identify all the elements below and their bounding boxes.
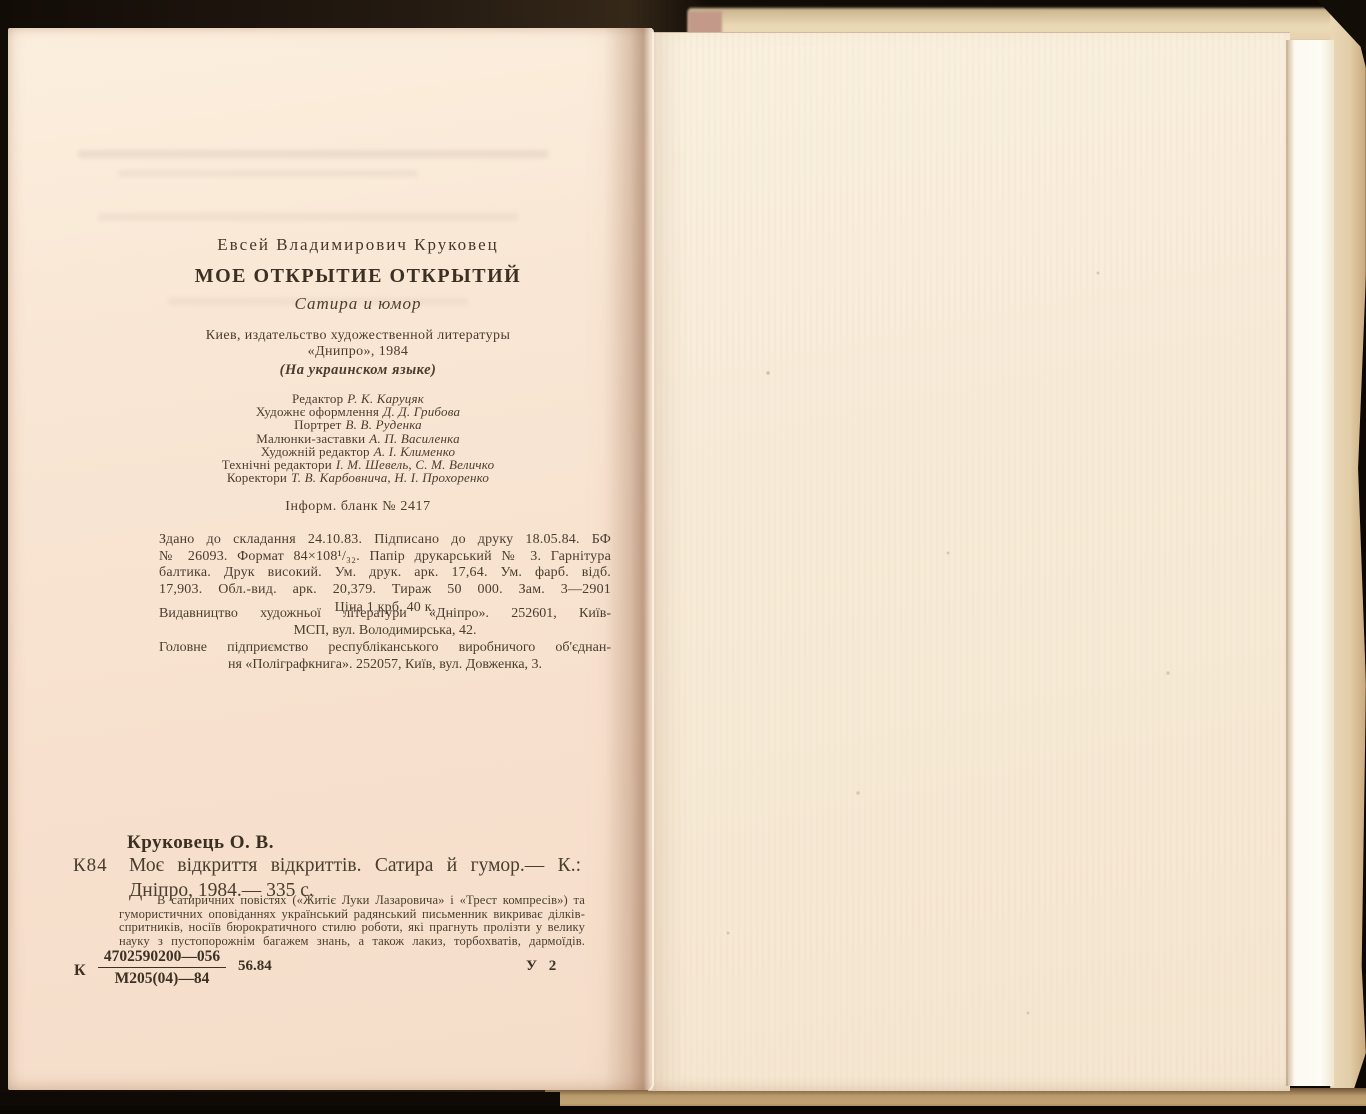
imprint-line: 17,903. Обл.-вид. арк. 20,379. Тираж 50 … (159, 582, 611, 599)
paper-texture (648, 33, 1290, 1091)
annotation-line: гумористичних оповіданнях український ра… (119, 908, 585, 922)
publisher-line: «Днипро», 1984 (68, 344, 648, 360)
publisher-address-block: Видавництво художньої літератури «Дніпро… (159, 606, 611, 639)
catalog-code-denominator: М205(04)—84 (98, 968, 226, 988)
book-subtitle: Сатира и юмор (68, 294, 648, 314)
credit-name: Т. В. Карбовнича, Н. І. Прохоренко (291, 470, 489, 485)
catalog-right-code: У 2 (526, 958, 560, 975)
inform-blank-number: Інформ. бланк № 2417 (68, 499, 648, 515)
imprint-block: Здано до складання 24.10.83. Підписано д… (159, 532, 611, 617)
catalog-index: К84 (73, 855, 108, 877)
catalog-code-fraction: 4702590200—056 М205(04)—84 (98, 948, 226, 988)
credit-role: Коректори (227, 470, 287, 485)
annotation-line: спритників, носіїв бюрократичного стилю … (119, 921, 585, 935)
publisher-block: Киев, издательство художественной литера… (68, 328, 648, 360)
address-line: Видавництво художньої літератури «Дніпро… (159, 606, 611, 623)
catalog-code-letter: К (74, 962, 86, 980)
annotation-line: науку з пустопорожнім багажем знань, а т… (119, 935, 585, 949)
show-through-mark (118, 170, 418, 177)
credits-block: РедакторР. К. Каруцяк Художнє оформлення… (68, 392, 648, 484)
annotation-block: В сатиричних повістях («Житіє Луки Лазар… (119, 894, 585, 948)
publisher-line: Киев, издательство художественной литера… (68, 328, 648, 344)
catalog-author-heading: Круковець О. В. (127, 832, 274, 854)
show-through-mark (78, 150, 548, 158)
printer-line: ня «Поліграфкнига». 252057, Київ, вул. Д… (159, 657, 611, 674)
printer-line: Головне підприємство республіканського в… (159, 640, 611, 657)
language-note: (На украинском языке) (68, 362, 648, 379)
imprint-line: № 26093. Формат 84×108¹/₃₂. Папір друкар… (159, 549, 611, 566)
credit-line: КоректориТ. В. Карбовнича, Н. І. Прохоре… (68, 471, 648, 484)
right-blank-page (648, 32, 1290, 1091)
imprint-line: балтика. Друк високий. Ум. друк. арк. 17… (159, 565, 611, 582)
book-title: МОЕ ОТКРЫТИЕ ОТКРЫТИЙ (68, 265, 648, 288)
imprint-line: Здано до складання 24.10.83. Підписано д… (159, 532, 611, 549)
book-scan-scene: Евсей Владимирович Круковец МОЕ ОТКРЫТИЕ… (0, 0, 1366, 1114)
catalog-code-line: К 4702590200—056 М205(04)—84 56.84 У 2 (8, 948, 652, 1018)
address-line: МСП, вул. Володимирська, 42. (159, 623, 611, 640)
catalog-entry-line: Моє відкриття відкриттів. Сатира й гумор… (129, 854, 581, 879)
cover-right-edge (1330, 14, 1366, 1096)
background-bottom-edge (0, 1106, 1366, 1114)
colophon-page: Евсей Владимирович Круковец МОЕ ОТКРЫТИЕ… (8, 28, 652, 1090)
catalog-edition-code: 56.84 (238, 958, 272, 975)
show-through-mark (98, 213, 518, 221)
page-block-fore-edge (1288, 40, 1334, 1086)
gutter-shadow (604, 28, 652, 1090)
catalog-code-numerator: 4702590200—056 (98, 948, 226, 968)
printer-block: Головне підприємство республіканського в… (159, 640, 611, 673)
book-author: Евсей Владимирович Круковец (68, 235, 648, 255)
annotation-line: В сатиричних повістях («Житіє Луки Лазар… (119, 894, 585, 908)
